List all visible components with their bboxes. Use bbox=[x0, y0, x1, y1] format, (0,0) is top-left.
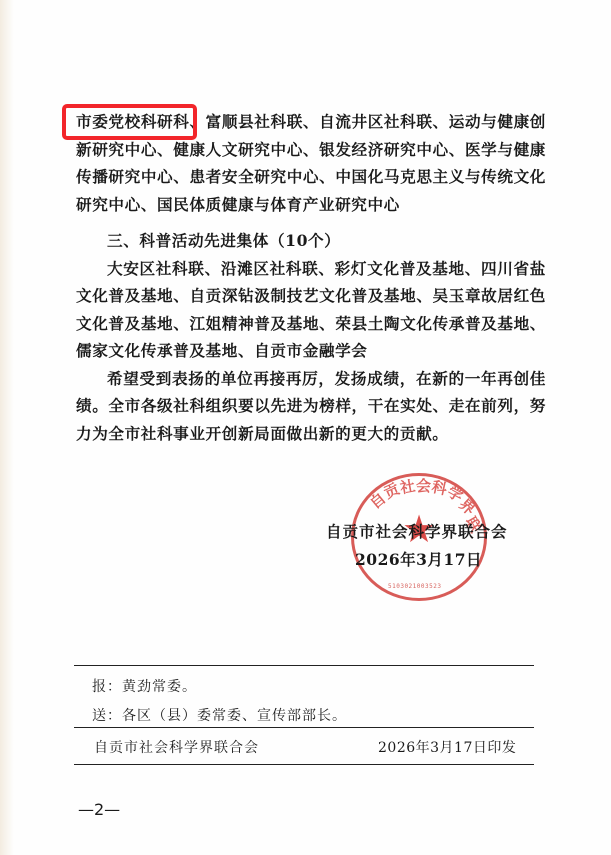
divider-middle bbox=[74, 727, 534, 728]
divider-bottom bbox=[74, 764, 534, 765]
report-to-line: 报：黄劲常委。 bbox=[92, 676, 197, 696]
highlight-box bbox=[62, 104, 197, 140]
page-number: —2— bbox=[78, 800, 120, 819]
seal-text-char: 会 bbox=[416, 475, 431, 496]
seal-code: 5103021003523 bbox=[388, 583, 441, 590]
page-edge-shadow bbox=[0, 0, 14, 855]
print-date: 2026年3月17日印发 bbox=[378, 737, 516, 757]
document-page: 市委党校科研科、富顺县社科联、自流井区社科联、运动与健康创新研究中心、健康人文研… bbox=[0, 0, 611, 855]
seal-text-char: 社 bbox=[398, 475, 416, 498]
section-heading: 三、科普活动先进集体（10个） bbox=[76, 227, 546, 255]
section-body: 大安区社科联、沿滩区社科联、彩灯文化普及基地、四川省盐文化普及基地、自贡深钻汲制… bbox=[76, 255, 546, 365]
divider-top bbox=[74, 665, 534, 666]
signature-date: 2026年3月17日 bbox=[355, 548, 482, 570]
send-to-line: 送：各区（县）委常委、宣传部部长。 bbox=[92, 705, 347, 725]
issuer-line: 自贡市社会科学界联合会 bbox=[94, 737, 259, 757]
section-three-block: 三、科普活动先进集体（10个） 大安区社科联、沿滩区社科联、彩灯文化普及基地、四… bbox=[76, 227, 546, 447]
signature-org: 自贡市社会科学界联合会 bbox=[326, 520, 508, 542]
closing-paragraph: 希望受到表扬的单位再接再厉，发扬成绩，在新的一年再创佳绩。全市各级社科组织要以先… bbox=[76, 365, 546, 448]
